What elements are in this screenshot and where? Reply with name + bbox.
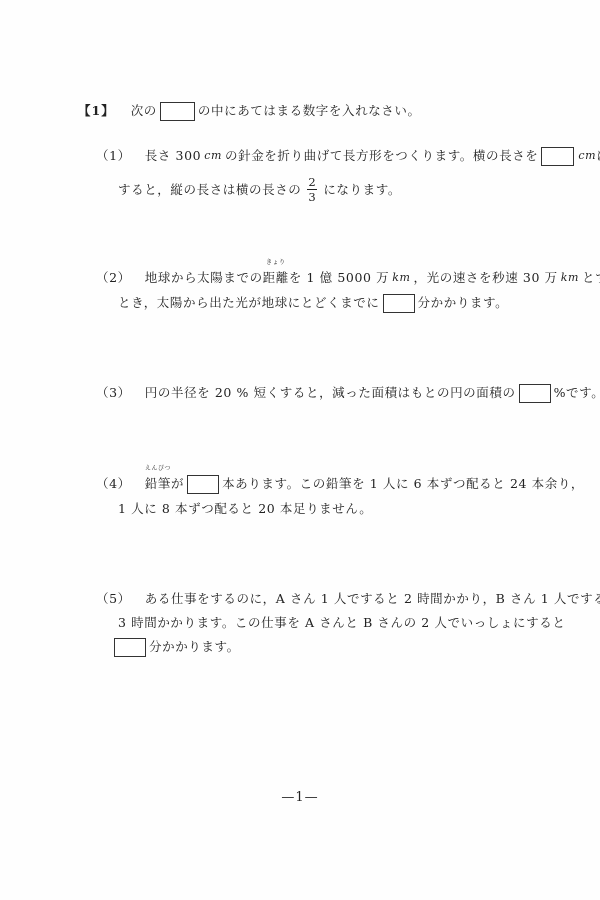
question-5-line-2: 3 時間かかります。この仕事を A さんと B さんの 2 人でいっしょにすると: [118, 613, 565, 633]
question-2-text: 分かかります。: [418, 293, 509, 313]
unit-cm: cm: [578, 146, 596, 166]
question-4-text: 1 人に 8 本ずつ配ると 20 本足りません。: [118, 499, 372, 519]
question-1-text: 長さ 300: [145, 146, 201, 166]
ruby-enpitsu: えんぴつ 鉛筆: [145, 474, 171, 494]
question-2-number: （2）: [96, 268, 131, 288]
section-number: 【1】: [78, 101, 115, 121]
unit-km: km: [561, 268, 579, 288]
answer-box-5[interactable]: [114, 638, 146, 657]
question-2-text: ，光の速さを秒速 30 万: [414, 268, 558, 288]
question-5-line-3: 分かかります。: [114, 637, 240, 657]
unit-cm: cm: [204, 146, 222, 166]
question-4-line-2: 1 人に 8 本ずつ配ると 20 本足りません。: [118, 499, 372, 519]
instruction-text-before: 次の: [131, 101, 157, 121]
question-5-text: 分かかります。: [149, 637, 240, 657]
answer-box-sample: [160, 102, 195, 121]
question-5-text: 3 時間かかります。この仕事を A さんと B さんの 2 人でいっしょにすると: [118, 613, 565, 633]
instruction-text-after: の中にあてはまる数字を入れなさい。: [198, 101, 421, 121]
exam-page: 【1】 次の の中にあてはまる数字を入れなさい。 （1） 長さ 300 cm の…: [0, 0, 600, 900]
answer-box-3[interactable]: [519, 384, 551, 403]
question-1-text: になります。: [323, 180, 401, 200]
ruby-kyori: きょり 距離: [263, 268, 289, 288]
ruby-reading: えんぴつ: [145, 465, 171, 472]
question-5-line-1: （5） ある仕事をするのに，A さん 1 人ですると 2 時間かかり，B さん …: [96, 589, 600, 609]
fraction-numerator: 2: [307, 176, 317, 190]
question-1-text: の針金を折り曲げて長方形をつくります。横の長さを: [225, 146, 538, 166]
question-2-line-2: とき，太陽から出た光が地球にとどくまでに 分かかります。: [118, 293, 508, 313]
question-1-line-2: すると，縦の長さは横の長さの 2 3 になります。: [118, 176, 401, 203]
answer-box-1[interactable]: [541, 147, 574, 166]
question-5-text: ある仕事をするのに，A さん 1 人ですると 2 時間かかり，B さん 1 人で…: [145, 589, 600, 609]
page-number: —1—: [0, 790, 600, 805]
question-1-text: すると，縦の長さは横の長さの: [118, 180, 301, 200]
question-2-text: とき，太陽から出た光が地球にとどくまでに: [118, 293, 380, 313]
question-3-number: （3）: [96, 383, 131, 403]
question-4-line-1: （4） えんぴつ 鉛筆 が 本あります。この鉛筆を 1 人に 6 本ずつ配ると …: [96, 474, 584, 494]
question-2-line-1: （2） 地球から太陽までの きょり 距離 を 1 億 5000 万 km ，光の…: [96, 268, 600, 288]
question-3-text: 円の半径を 20 % 短くすると，減った面積はもとの円の面積の: [145, 383, 516, 403]
ruby-reading: きょり: [266, 259, 286, 266]
fraction-denominator: 3: [308, 190, 316, 203]
question-2-text: とする: [582, 268, 600, 288]
question-2-text: を 1 億 5000 万: [289, 268, 389, 288]
section-heading: 【1】 次の の中にあてはまる数字を入れなさい。: [78, 101, 421, 121]
question-4-text: 本あります。この鉛筆を 1 人に 6 本ずつ配ると 24 本余り，: [222, 474, 584, 494]
question-3-text: %です。: [554, 383, 600, 403]
ruby-base: 距離: [263, 270, 289, 285]
ruby-base: 鉛筆: [145, 476, 171, 491]
fraction-two-thirds: 2 3: [307, 176, 317, 203]
question-1-number: （1）: [96, 146, 131, 166]
question-2-text: 地球から太陽までの: [145, 268, 263, 288]
question-4-number: （4）: [96, 474, 131, 494]
answer-box-2[interactable]: [383, 294, 415, 313]
question-4-text: が: [171, 474, 184, 494]
answer-box-4[interactable]: [187, 475, 219, 494]
question-3-line-1: （3） 円の半径を 20 % 短くすると，減った面積はもとの円の面積の %です。: [96, 383, 600, 403]
question-1-text: に: [596, 146, 600, 166]
question-1-line-1: （1） 長さ 300 cm の針金を折り曲げて長方形をつくります。横の長さを c…: [96, 146, 600, 166]
unit-km: km: [392, 268, 410, 288]
question-5-number: （5）: [96, 589, 131, 609]
